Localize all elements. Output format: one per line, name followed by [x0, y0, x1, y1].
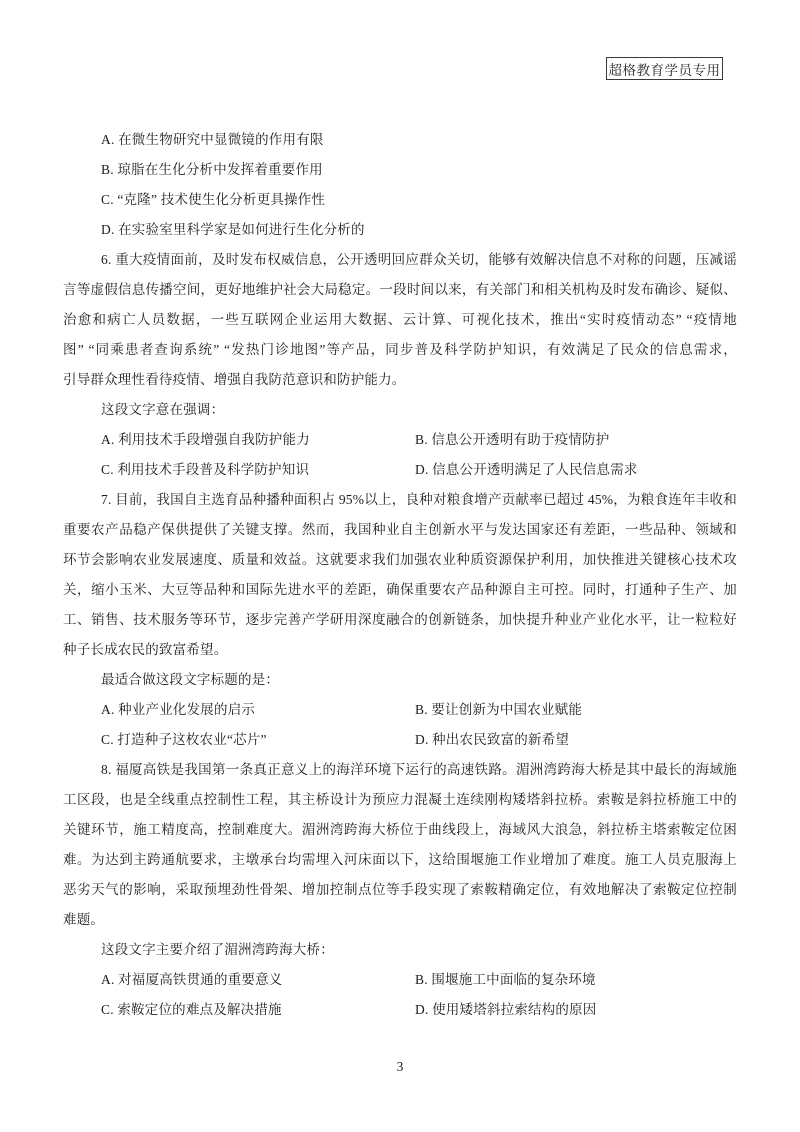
question-8-options-row-1: C. 索鞍定位的难点及解决措施D. 使用矮塔斜拉索结构的原因 [63, 995, 737, 1025]
question-6-stem-line-4: 引导群众理性看待疫情、增强自我防范意识和防护能力。 [63, 365, 737, 395]
question-6-stem-line-1: 言等虚假信息传播空间，更好地维护社会大局稳定。一段时间以来，有关部门和相关机构及… [63, 275, 737, 305]
question-6-options-row-1-left: C. 利用技术手段普及科学防护知识 [101, 455, 309, 485]
question-7-prompt: 最适合做这段文字标题的是： [63, 665, 737, 695]
exam-page: 超格教育学员专用 A. 在微生物研究中显微镜的作用有限B. 琼脂在生化分析中发挥… [0, 0, 800, 1132]
question-8-stem-line-4: 恶劣天气的影响，采取预埋劲性骨架、增加控制点位等手段实现了索鞍精确定位，有效地解… [63, 875, 737, 905]
question-7-stem-line-3: 关，缩小玉米、大豆等品种和国际先进水平的差距，确保重要农产品种源自主可控。同时，… [63, 575, 737, 605]
question-7-options-row-0-left: A. 种业产业化发展的启示 [101, 695, 255, 725]
question-8-options-row-0: A. 对福厦高铁贯通的重要意义B. 围堰施工中面临的复杂环境 [63, 965, 737, 995]
question-6-options-row-0-right: B. 信息公开透明有助于疫情防护 [415, 425, 609, 455]
question-6-options-row-0-left: A. 利用技术手段增强自我防护能力 [101, 425, 310, 455]
question-7-options-row-1-left: C. 打造种子这枚农业“芯片” [101, 725, 267, 755]
question-8-stem-line-2: 关键环节，施工精度高，控制难度大。湄洲湾跨海大桥位于曲线段上，海域风大浪急，斜拉… [63, 815, 737, 845]
question-8-prompt: 这段文字主要介绍了湄洲湾跨海大桥： [63, 935, 737, 965]
question-7-options-row-1: C. 打造种子这枚农业“芯片”D. 种出农民致富的新希望 [63, 725, 737, 755]
question-8-options-row-1-left: C. 索鞍定位的难点及解决措施 [101, 995, 282, 1025]
question-7-options-row-1-right: D. 种出农民致富的新希望 [415, 725, 569, 755]
question-7-stem-line-5: 种子长成农民的致富希望。 [63, 635, 737, 665]
question-7-options-row-0: A. 种业产业化发展的启示B. 要让创新为中国农业赋能 [63, 695, 737, 725]
question-6-stem-line-0: 6. 重大疫情面前，及时发布权威信息，公开透明回应群众关切，能够有效解决信息不对… [63, 245, 737, 275]
question-6-options-row-1: C. 利用技术手段普及科学防护知识D. 信息公开透明满足了人民信息需求 [63, 455, 737, 485]
question-8-stem-line-0: 8. 福厦高铁是我国第一条真正意义上的海洋环境下运行的高速铁路。湄洲湾跨海大桥是… [63, 755, 737, 785]
question-6-stem-line-3: 图” “同乘患者查询系统” “发热门诊地图”等产品，同步普及科学防护知识，有效满… [63, 335, 737, 365]
question-7-options-row-0-right: B. 要让创新为中国农业赋能 [415, 695, 582, 725]
question-5-options-0: A. 在微生物研究中显微镜的作用有限 [63, 125, 737, 155]
question-8-stem-line-3: 难。为达到主跨通航要求，主墩承台均需埋入河床面以下，这给围堰施工作业增加了难度。… [63, 845, 737, 875]
question-8-stem-line-5: 难题。 [63, 905, 737, 935]
document-content: A. 在微生物研究中显微镜的作用有限B. 琼脂在生化分析中发挥着重要作用C. “… [63, 125, 737, 1025]
question-7-stem-line-1: 重要农产品稳产保供提供了关键支撑。然而，我国种业自主创新水平与发达国家还有差距，… [63, 515, 737, 545]
question-5-options-2: C. “克隆” 技术使生化分析更具操作性 [63, 185, 737, 215]
question-6-options-row-1-right: D. 信息公开透明满足了人民信息需求 [415, 455, 638, 485]
question-7-stem-line-2: 环节会影响农业发展速度、质量和效益。这就要求我们加强农业种质资源保护利用，加快推… [63, 545, 737, 575]
question-8-stem-line-1: 工区段，也是全线重点控制性工程，其主桥设计为预应力混凝土连续刚构矮塔斜拉桥。索鞍… [63, 785, 737, 815]
question-6-prompt: 这段文字意在强调： [63, 395, 737, 425]
page-number: 3 [0, 1057, 800, 1077]
question-6-options-row-0: A. 利用技术手段增强自我防护能力B. 信息公开透明有助于疫情防护 [63, 425, 737, 455]
question-5-options-1: B. 琼脂在生化分析中发挥着重要作用 [63, 155, 737, 185]
question-7-stem-line-0: 7. 目前，我国自主选育品种播种面积占 95%以上，良种对粮食增产贡献率已超过 … [63, 485, 737, 515]
header-badge: 超格教育学员专用 [606, 57, 723, 80]
question-7-stem-line-4: 工、销售、技术服务等环节，逐步完善产学研用深度融合的创新链条，加快提升种业产业化… [63, 605, 737, 635]
question-6-stem-line-2: 治愈和病亡人员数据，一些互联网企业运用大数据、云计算、可视化技术，推出“实时疫情… [63, 305, 737, 335]
question-8-options-row-1-right: D. 使用矮塔斜拉索结构的原因 [415, 995, 597, 1025]
question-8-options-row-0-left: A. 对福厦高铁贯通的重要意义 [101, 965, 283, 995]
question-5-options-3: D. 在实验室里科学家是如何进行生化分析的 [63, 215, 737, 245]
question-8-options-row-0-right: B. 围堰施工中面临的复杂环境 [415, 965, 596, 995]
